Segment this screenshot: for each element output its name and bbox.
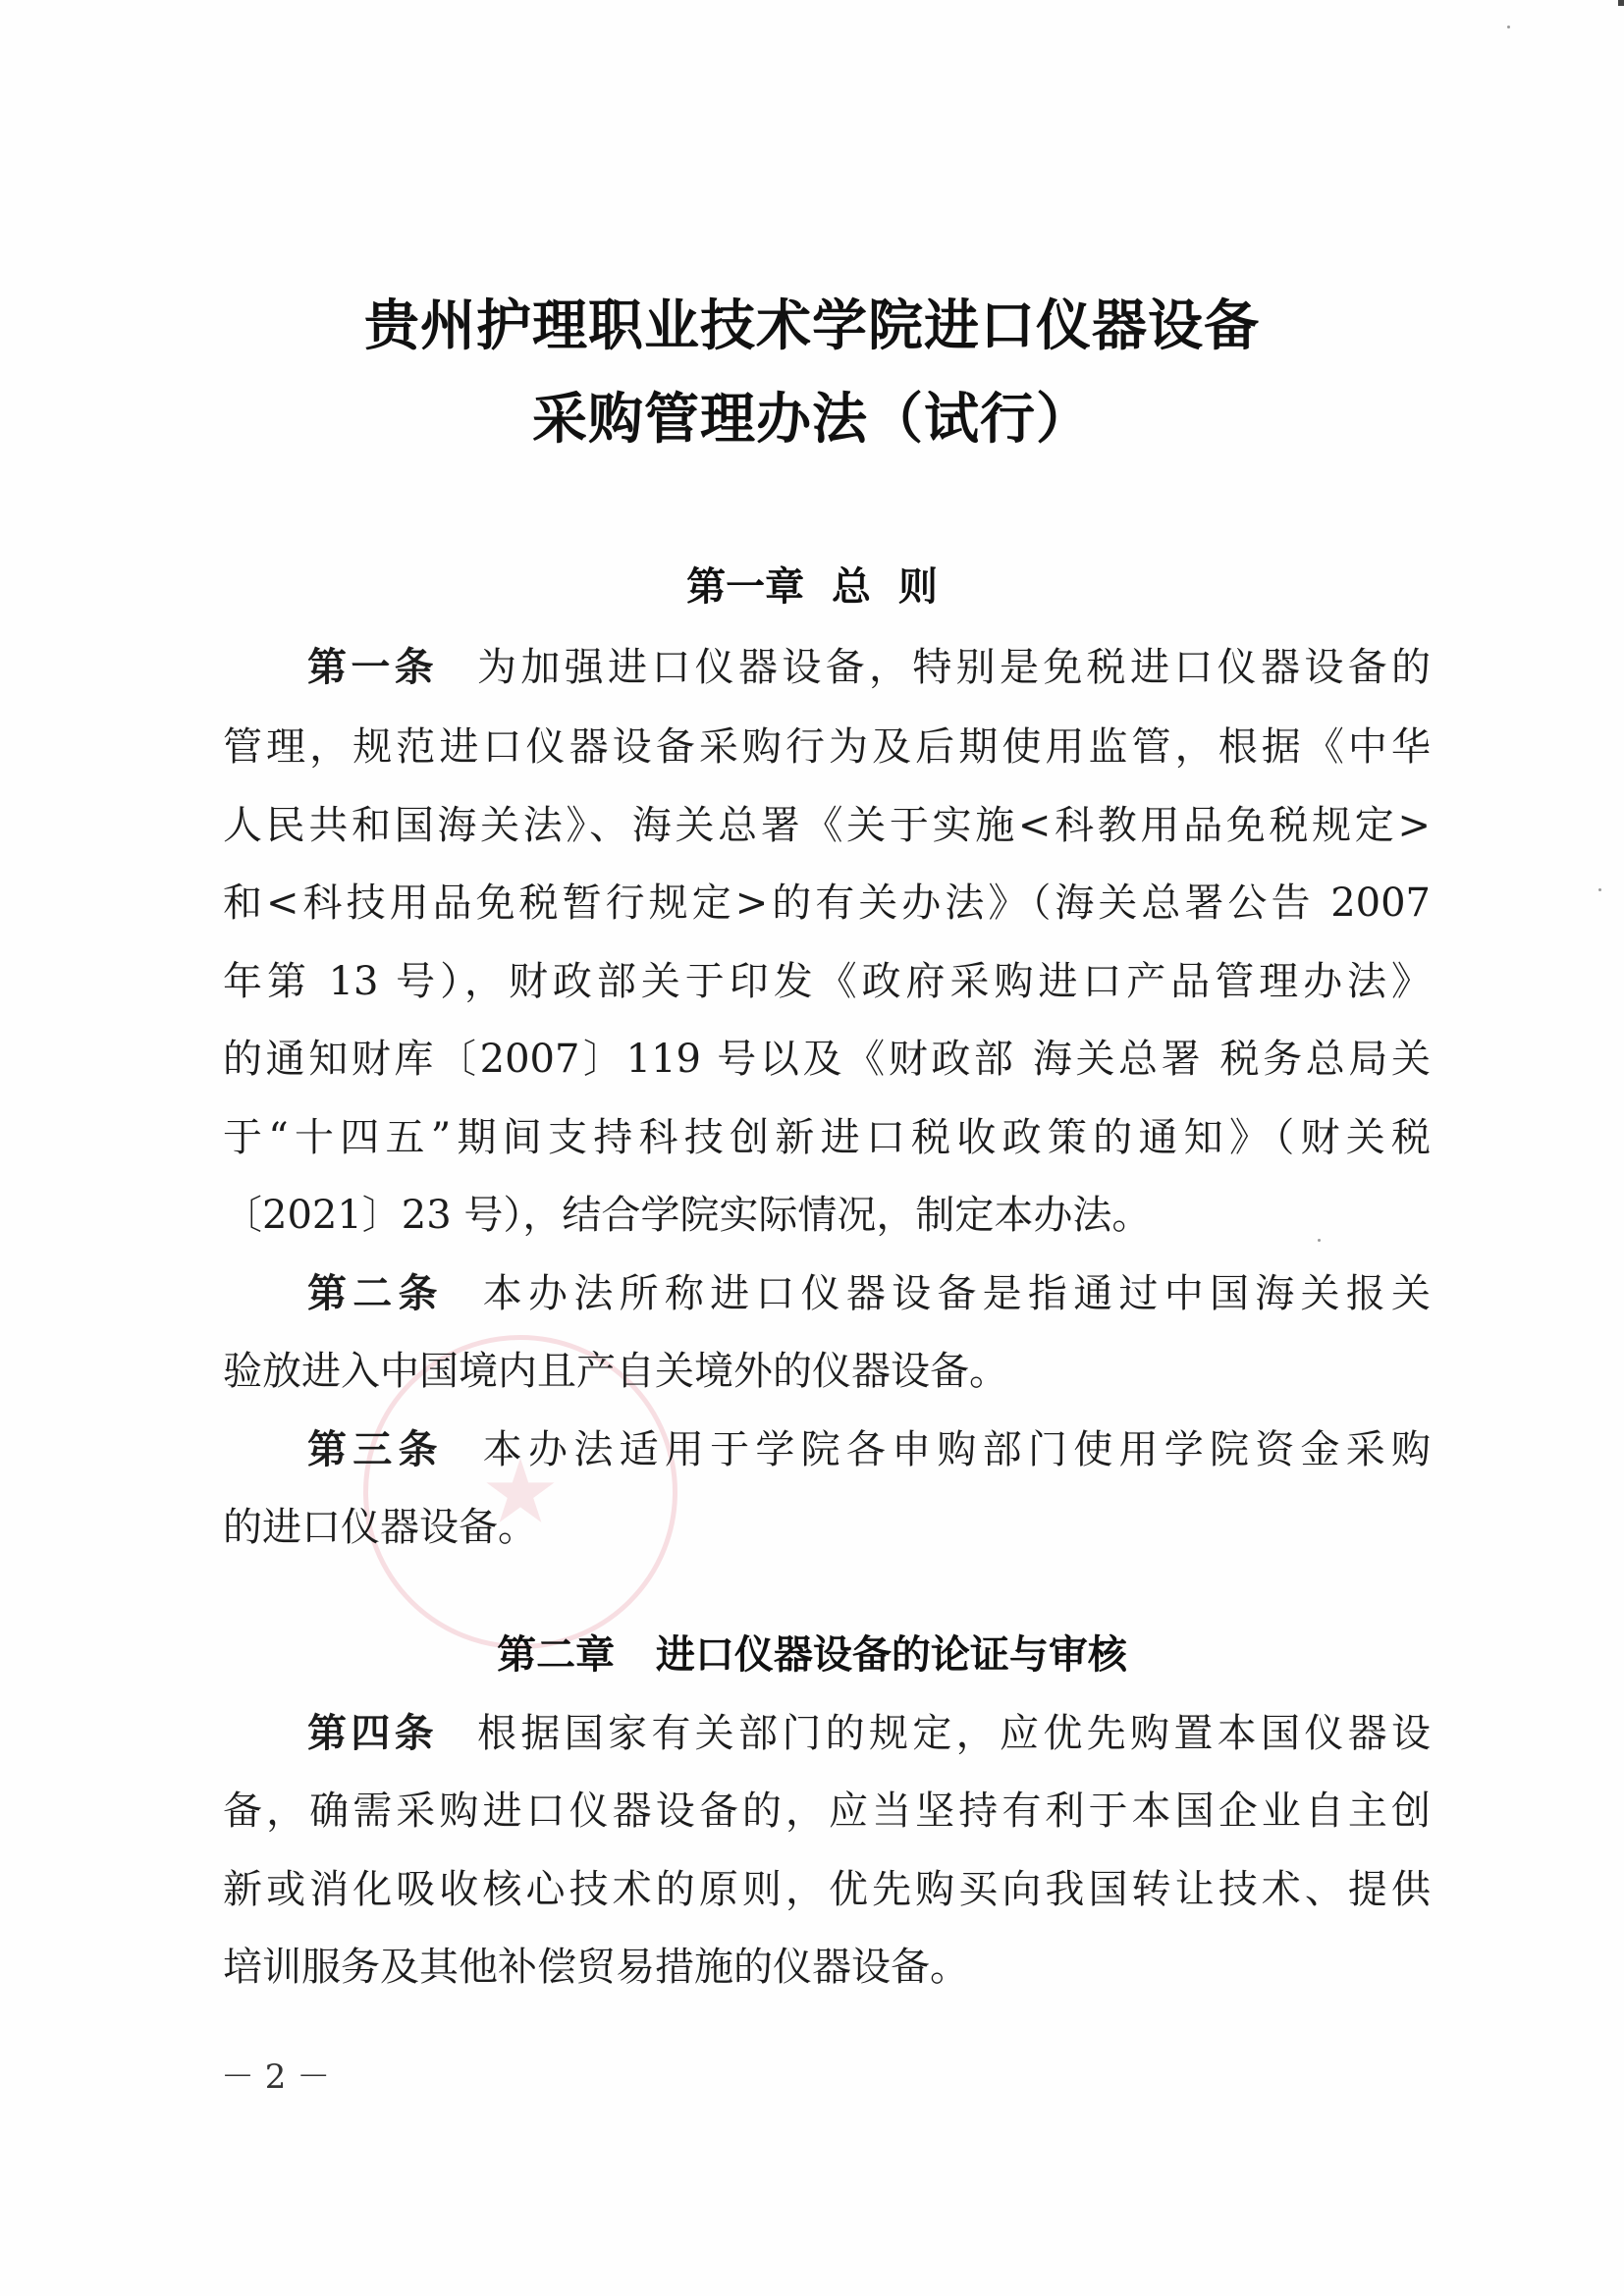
article-2-line-2: 验放进入中国境内且产自关境外的仪器设备。: [223, 1352, 1431, 1391]
article-3-line-2: 的进口仪器设备。: [223, 1508, 1431, 1547]
article-1-line-1: 第一条为加强进口仪器设备，特别是免税进口仪器设备的: [307, 648, 1431, 687]
article-2-line-1: 第二条本办法所称进口仪器设备是指通过中国海关报关: [307, 1274, 1431, 1313]
scan-speck: [1318, 1239, 1321, 1242]
article-1-label: 第一条: [307, 645, 438, 690]
article-1-line-8: 〔2021〕23 号），结合学院实际情况，制定本办法。: [223, 1196, 1431, 1235]
scan-speck: [1598, 888, 1601, 891]
article-1-line-4: 和<科技用品免税暂行规定>的有关办法》（海关总署公告 2007: [223, 883, 1431, 923]
article-4-line-1: 第四条根据国家有关部门的规定，应优先购置本国仪器设: [307, 1714, 1431, 1753]
article-1-line-2: 管理，规范进口仪器设备采购行为及后期使用监管，根据《中华: [223, 727, 1431, 767]
article-4-line-4: 培训服务及其他补偿贸易措施的仪器设备。: [223, 1948, 1431, 1987]
article-3-label: 第三条: [307, 1427, 444, 1472]
article-4-line-2: 备，确需采购进口仪器设备的，应当坚持有利于本国企业自主创: [223, 1791, 1431, 1831]
scan-speck: [1507, 26, 1510, 28]
document-title-line-1: 贵州护理职业技术学院进口仪器设备: [0, 299, 1624, 354]
page-number: － 2 －: [221, 2050, 330, 2098]
article-1-line-6: 的通知财库〔2007〕119 号以及《财政部 海关总署 税务总局关: [223, 1040, 1431, 1079]
article-1-line-3: 人民共和国海关法》、海关总署《关于实施<科教用品免税规定>: [223, 806, 1431, 845]
article-1-line-5: 年第 13 号），财政部关于印发《政府采购进口产品管理办法》: [223, 962, 1431, 1001]
article-1-line-7: 于“十四五”期间支持科技创新进口税收政策的通知》（财关税: [223, 1118, 1431, 1157]
article-4-line-3: 新或消化吸收核心技术的原则，优先购买向我国转让技术、提供: [223, 1870, 1431, 1909]
article-4-label: 第四条: [307, 1711, 438, 1756]
article-2-label: 第二条: [307, 1271, 444, 1316]
article-3-line-1: 第三条本办法适用于学院各申购部门使用学院资金采购: [307, 1430, 1431, 1469]
chapter-2-heading: 第二章 进口仪器设备的论证与审核: [0, 1635, 1624, 1675]
document-title-line-2: 采购管理办法（试行）: [0, 393, 1624, 448]
scan-speck: [1618, 0, 1624, 6]
document-page: ★ 贵州护理职业技术学院进口仪器设备 采购管理办法（试行） 第一章 总 则 第一…: [0, 0, 1624, 2296]
chapter-1-heading: 第一章 总 则: [0, 567, 1624, 607]
